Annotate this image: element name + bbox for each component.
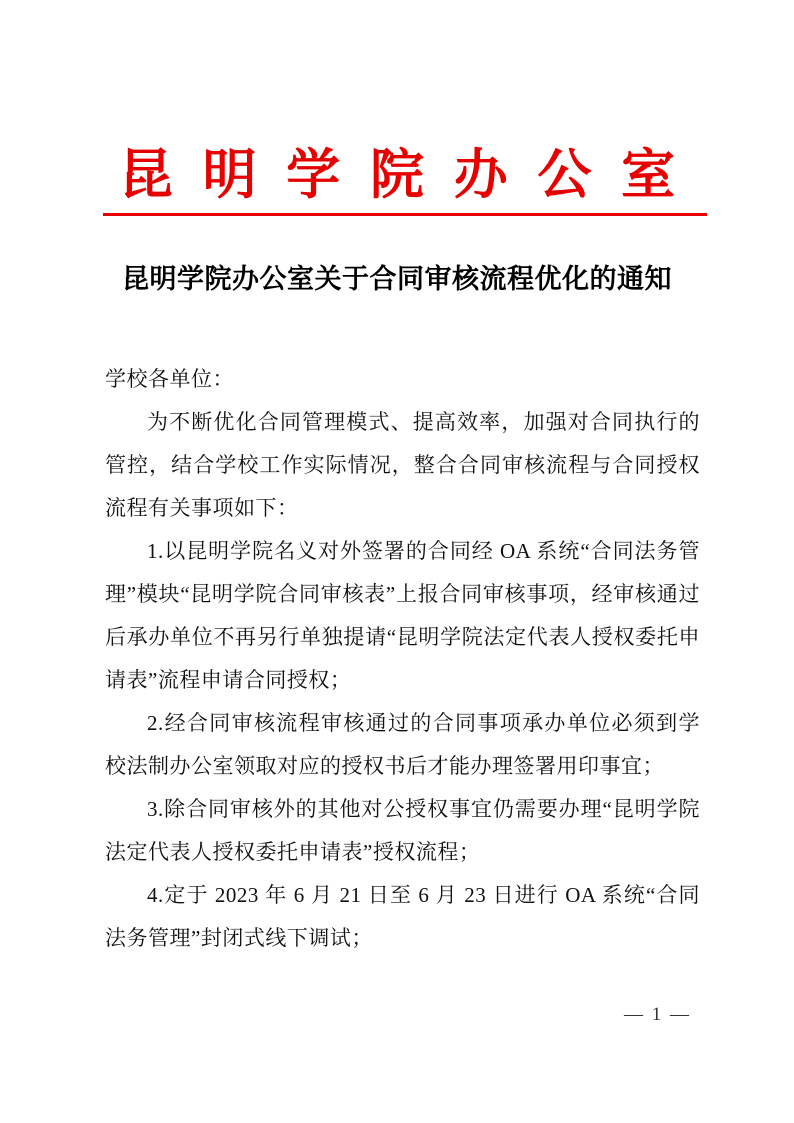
body-paragraph-item-4: 4.定于 2023 年 6 月 21 日至 6 月 23 日进行 OA 系统“合… [105,874,700,960]
document-title: 昆明学院办公室关于合同审核流程优化的通知 [0,265,794,294]
body-paragraph-item-2: 2.经合同审核流程审核通过的合同事项承办单位必须到学校法制办公室领取对应的授权书… [105,702,700,788]
document-page: 昆明学院办公室 昆明学院办公室关于合同审核流程优化的通知 学校各单位： 为不断优… [0,0,794,1123]
body-paragraph-intro: 为不断优化合同管理模式、提高效率，加强对合同执行的管控，结合学校工作实际情况，整… [105,401,700,530]
body-paragraph-item-3: 3.除合同审核外的其他对公授权事宜仍需要办理“昆明学院法定代表人授权委托申请表”… [105,788,700,874]
letterhead: 昆明学院办公室 [0,0,794,216]
body-paragraph-item-1: 1.以昆明学院名义对外签署的合同经 OA 系统“合同法务管理”模块“昆明学院合同… [105,530,700,702]
page-number: — 1 — [624,1003,691,1027]
document-body: 学校各单位： 为不断优化合同管理模式、提高效率，加强对合同执行的管控，结合学校工… [105,358,700,960]
salutation: 学校各单位： [105,358,700,401]
letterhead-org-name: 昆明学院办公室 [0,0,794,202]
letterhead-divider-rule [103,213,707,216]
